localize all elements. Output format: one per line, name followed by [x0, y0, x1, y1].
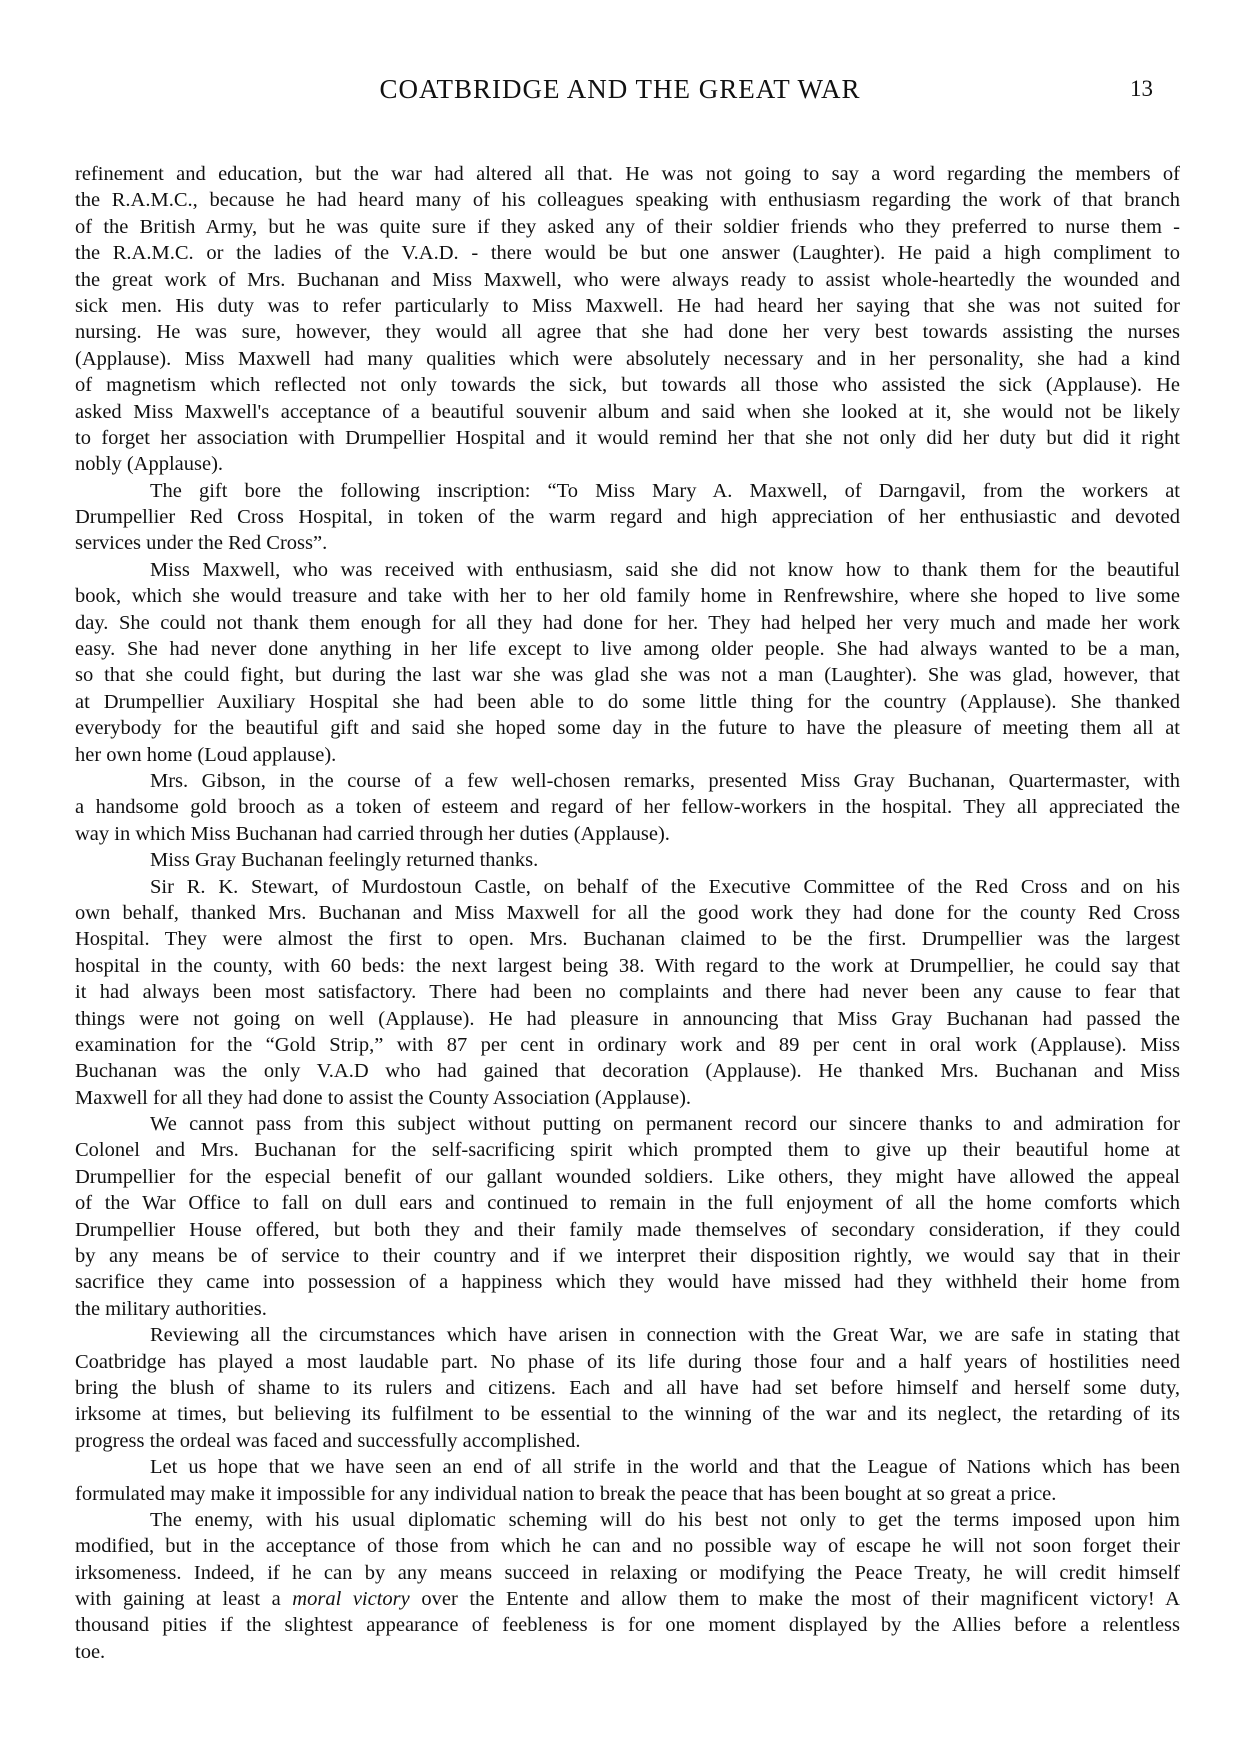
- text-line: Maxwell for all they had done to assist …: [75, 1085, 1180, 1111]
- text-line: easy. She had never done anything in her…: [75, 636, 1180, 662]
- text-line: so that she could fight, but during the …: [75, 662, 1180, 688]
- paragraph: We cannot pass from this subject without…: [75, 1111, 1180, 1322]
- text-line: hospital in the county, with 60 beds: th…: [75, 953, 1180, 979]
- text-line: examination for the “Gold Strip,” with 8…: [75, 1032, 1180, 1058]
- running-title: COATBRIDGE AND THE GREAT WAR: [0, 74, 1240, 105]
- text-line: nursing. He was sure, however, they woul…: [75, 319, 1180, 345]
- text-line: irksomeness. Indeed, if he can by any me…: [75, 1560, 1180, 1586]
- text-line: day. She could not thank them enough for…: [75, 610, 1180, 636]
- text-line: Hospital. They were almost the first to …: [75, 926, 1180, 952]
- paragraph: Let us hope that we have seen an end of …: [75, 1454, 1180, 1507]
- text-line: formulated may make it impossible for an…: [75, 1481, 1180, 1507]
- text-line: (Applause). Miss Maxwell had many qualit…: [75, 346, 1180, 372]
- text-line: modified, but in the acceptance of those…: [75, 1533, 1180, 1559]
- text-line: the R.A.M.C. or the ladies of the V.A.D.…: [75, 240, 1180, 266]
- text-line: sick men. His duty was to refer particul…: [75, 293, 1180, 319]
- page-number: 13: [1130, 76, 1153, 102]
- text-line: progress the ordeal was faced and succes…: [75, 1428, 1180, 1454]
- text-line: the military authorities.: [75, 1296, 1180, 1322]
- text-line: own behalf, thanked Mrs. Buchanan and Mi…: [75, 900, 1180, 926]
- text-line: to forget her association with Drumpelli…: [75, 425, 1180, 451]
- text-line: everybody for the beautiful gift and sai…: [75, 715, 1180, 741]
- text-line: Buchanan was the only V.A.D who had gain…: [75, 1058, 1180, 1084]
- text-line: Coatbridge has played a most laudable pa…: [75, 1349, 1180, 1375]
- text-line: a handsome gold brooch as a token of est…: [75, 794, 1180, 820]
- text-line: with gaining at least a moral victory ov…: [75, 1586, 1180, 1612]
- paragraph: refinement and education, but the war ha…: [75, 161, 1180, 478]
- text-line: it had always been most satisfactory. Th…: [75, 979, 1180, 1005]
- text-line: asked Miss Maxwell's acceptance of a bea…: [75, 399, 1180, 425]
- text-line: of magnetism which reflected not only to…: [75, 372, 1180, 398]
- paragraph: The gift bore the following inscription:…: [75, 478, 1180, 557]
- text-line: things were not going on well (Applause)…: [75, 1006, 1180, 1032]
- text-line: sacrifice they came into possession of a…: [75, 1269, 1180, 1295]
- text-line: book, which she would treasure and take …: [75, 583, 1180, 609]
- text-line: The gift bore the following inscription:…: [75, 478, 1180, 504]
- text-line: Let us hope that we have seen an end of …: [75, 1454, 1180, 1480]
- text-line: Colonel and Mrs. Buchanan for the self-s…: [75, 1137, 1180, 1163]
- text-line: of the War Office to fall on dull ears a…: [75, 1190, 1180, 1216]
- text-line: Mrs. Gibson, in the course of a few well…: [75, 768, 1180, 794]
- paragraph: Mrs. Gibson, in the course of a few well…: [75, 768, 1180, 847]
- text-line: Miss Maxwell, who was received with enth…: [75, 557, 1180, 583]
- text-line: the great work of Mrs. Buchanan and Miss…: [75, 267, 1180, 293]
- text-line: Drumpellier House offered, but both they…: [75, 1217, 1180, 1243]
- paragraph: Sir R. K. Stewart, of Murdostoun Castle,…: [75, 874, 1180, 1112]
- paragraph: Miss Gray Buchanan feelingly returned th…: [75, 847, 1180, 873]
- text-line: nobly (Applause).: [75, 451, 1180, 477]
- page-header: COATBRIDGE AND THE GREAT WAR 13: [0, 74, 1240, 114]
- text-line: The enemy, with his usual diplomatic sch…: [75, 1507, 1180, 1533]
- emphasis-text: moral victory: [292, 1588, 409, 1610]
- paragraph: Reviewing all the circumstances which ha…: [75, 1322, 1180, 1454]
- text-line: Sir R. K. Stewart, of Murdostoun Castle,…: [75, 874, 1180, 900]
- text-line: refinement and education, but the war ha…: [75, 161, 1180, 187]
- text-line: irksome at times, but believing its fulf…: [75, 1401, 1180, 1427]
- text-line: the R.A.M.C., because he had heard many …: [75, 187, 1180, 213]
- paragraph: The enemy, with his usual diplomatic sch…: [75, 1507, 1180, 1665]
- text-line: Miss Gray Buchanan feelingly returned th…: [75, 847, 1180, 873]
- text-line: way in which Miss Buchanan had carried t…: [75, 821, 1180, 847]
- text-line: bring the blush of shame to its rulers a…: [75, 1375, 1180, 1401]
- text-line: thousand pities if the slightest appeara…: [75, 1612, 1180, 1638]
- paragraph: Miss Maxwell, who was received with enth…: [75, 557, 1180, 768]
- text-line: Drumpellier for the especial benefit of …: [75, 1164, 1180, 1190]
- text-line: We cannot pass from this subject without…: [75, 1111, 1180, 1137]
- text-line: by any means be of service to their coun…: [75, 1243, 1180, 1269]
- body-text: refinement and education, but the war ha…: [75, 161, 1180, 1665]
- text-line: toe.: [75, 1639, 1180, 1665]
- text-line: Drumpellier Red Cross Hospital, in token…: [75, 504, 1180, 530]
- text-line: Reviewing all the circumstances which ha…: [75, 1322, 1180, 1348]
- text-line: services under the Red Cross”.: [75, 530, 1180, 556]
- text-line: of the British Army, but he was quite su…: [75, 214, 1180, 240]
- text-line: her own home (Loud applause).: [75, 742, 1180, 768]
- text-line: at Drumpellier Auxiliary Hospital she ha…: [75, 689, 1180, 715]
